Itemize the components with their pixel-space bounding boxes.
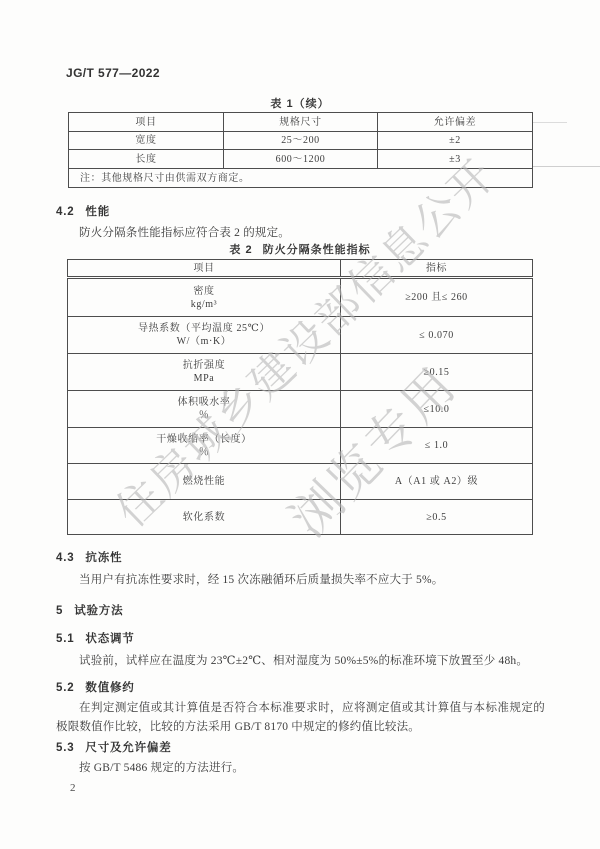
section-body-4-2: 防火分隔条性能指标应符合表 2 的规定。 [56,224,545,243]
standard-document-page: JG/T 577—2022 表 1（续） 项目 规格尺寸 允许偏差 宽度 25～… [0,0,600,849]
table1-cell: ±2 [378,132,533,150]
item-unit: ％ [68,409,340,422]
table-row: 宽度 25～200 ±2 [69,132,533,150]
item-name: 软化系数 [68,511,340,524]
table2-caption: 表 2防火分隔条性能指标 [0,241,600,257]
table1-header-tolerance: 允许偏差 [378,113,533,132]
table2-item-cell: 体积吸水率 ％ [68,391,341,428]
table1-dimensions: 项目 规格尺寸 允许偏差 宽度 25～200 ±2 长度 600～1200 ±3… [68,112,533,188]
table1-cell: 长度 [69,150,224,169]
document-code-header: JG/T 577—2022 [66,66,160,80]
table-row: 干燥收缩率（长度） ％ ≤ 1.0 [68,428,533,464]
table2-value-cell: ≥200 且≤ 260 [341,278,533,317]
table-row: 密度 kg/m³ ≥200 且≤ 260 [68,278,533,317]
section-number: 5.1 [56,633,74,645]
section-title: 抗冻性 [85,552,122,564]
table-row: 体积吸水率 ％ ≤10.0 [68,391,533,428]
section-heading-5-2: 5.2数值修约 [56,679,135,695]
table2-header-row: 项目 指标 [68,260,533,278]
table2-header-index: 指标 [341,260,533,278]
item-unit: kg/m³ [68,298,340,311]
table1-header-item: 项目 [69,113,224,132]
item-unit: MPa [68,372,340,385]
table1-header-size: 规格尺寸 [224,113,378,132]
table1-header-row: 项目 规格尺寸 允许偏差 [69,113,533,132]
item-name: 体积吸水率 [68,396,340,409]
table-row: 导热系数（平均温度 25℃） W/（m·K） ≤ 0.070 [68,317,533,354]
section-number: 5 [56,605,63,617]
section-heading-5-3: 5.3尺寸及允许偏差 [56,739,172,755]
section-body-5-1: 试验前，试样应在温度为 23℃±2℃、相对湿度为 50%±5%的标准环境下放置至… [56,652,545,671]
section-title: 数值修约 [85,682,134,694]
section-number: 4.2 [56,206,74,218]
section-body-4-3: 当用户有抗冻性要求时，经 15 次冻融循环后质量损失率不应大于 5%。 [56,571,545,590]
table2-item-cell: 抗折强度 MPa [68,354,341,391]
section-heading-4-2: 4.2性能 [56,203,110,219]
table2-value-cell: ≤10.0 [341,391,533,428]
scan-artifact-line [532,166,600,167]
section-number: 4.3 [56,552,74,564]
item-unit: W/（m·K） [68,335,340,348]
table2-value-cell: ≥0.15 [341,354,533,391]
table2-value-cell: ≤ 0.070 [341,317,533,354]
table2-performance: 项目 指标 密度 kg/m³ ≥200 且≤ 260 导热系数（平均温度 25℃… [67,259,533,535]
scan-artifact-line [533,122,567,123]
section-title: 性能 [85,206,110,218]
table1-note-row: 注：其他规格尺寸由供需双方商定。 [69,169,533,188]
table2-caption-title: 防火分隔条性能指标 [263,244,371,256]
section-body-5-3: 按 GB/T 5486 规定的方法进行。 [56,759,545,778]
table2-value-cell: ≤ 1.0 [341,428,533,464]
section-title: 状态调节 [85,633,134,645]
table2-item-cell: 软化系数 [68,500,341,535]
section-heading-5-1: 5.1状态调节 [56,630,135,646]
table1-note: 注：其他规格尺寸由供需双方商定。 [69,169,533,188]
section-title: 试验方法 [74,605,123,617]
table2-value-cell: ≥0.5 [341,500,533,535]
section-number: 5.2 [56,682,74,694]
table-row: 长度 600～1200 ±3 [69,150,533,169]
table-row: 抗折强度 MPa ≥0.15 [68,354,533,391]
section-title: 尺寸及允许偏差 [85,742,171,754]
table1-caption: 表 1（续） [0,95,600,111]
table1-cell: ±3 [378,150,533,169]
table1-cell: 600～1200 [224,150,378,169]
table2-item-cell: 密度 kg/m³ [68,278,341,317]
section-heading-5: 5试验方法 [56,602,123,618]
table1-cell: 宽度 [69,132,224,150]
section-heading-4-3: 4.3抗冻性 [56,549,122,565]
table2-header-item: 项目 [68,260,341,278]
table2-item-cell: 导热系数（平均温度 25℃） W/（m·K） [68,317,341,354]
table-row: 燃烧性能 A（A1 或 A2）级 [68,464,533,500]
item-name: 干燥收缩率（长度） [68,433,340,446]
item-name: 导热系数（平均温度 25℃） [68,322,340,335]
table2-item-cell: 燃烧性能 [68,464,341,500]
item-name: 密度 [68,285,340,298]
section-body-5-2: 在判定测定值或其计算值是否符合本标准要求时，应将测定值或其计算值与本标准规定的极… [56,699,545,737]
table1-cell: 25～200 [224,132,378,150]
table2-item-cell: 干燥收缩率（长度） ％ [68,428,341,464]
table2-caption-label: 表 2 [229,244,252,256]
section-number: 5.3 [56,742,74,754]
page-number: 2 [70,782,76,794]
item-name: 抗折强度 [68,359,340,372]
table2-value-cell: A（A1 或 A2）级 [341,464,533,500]
table-row: 软化系数 ≥0.5 [68,500,533,535]
item-name: 燃烧性能 [68,475,340,488]
item-unit: ％ [68,446,340,459]
